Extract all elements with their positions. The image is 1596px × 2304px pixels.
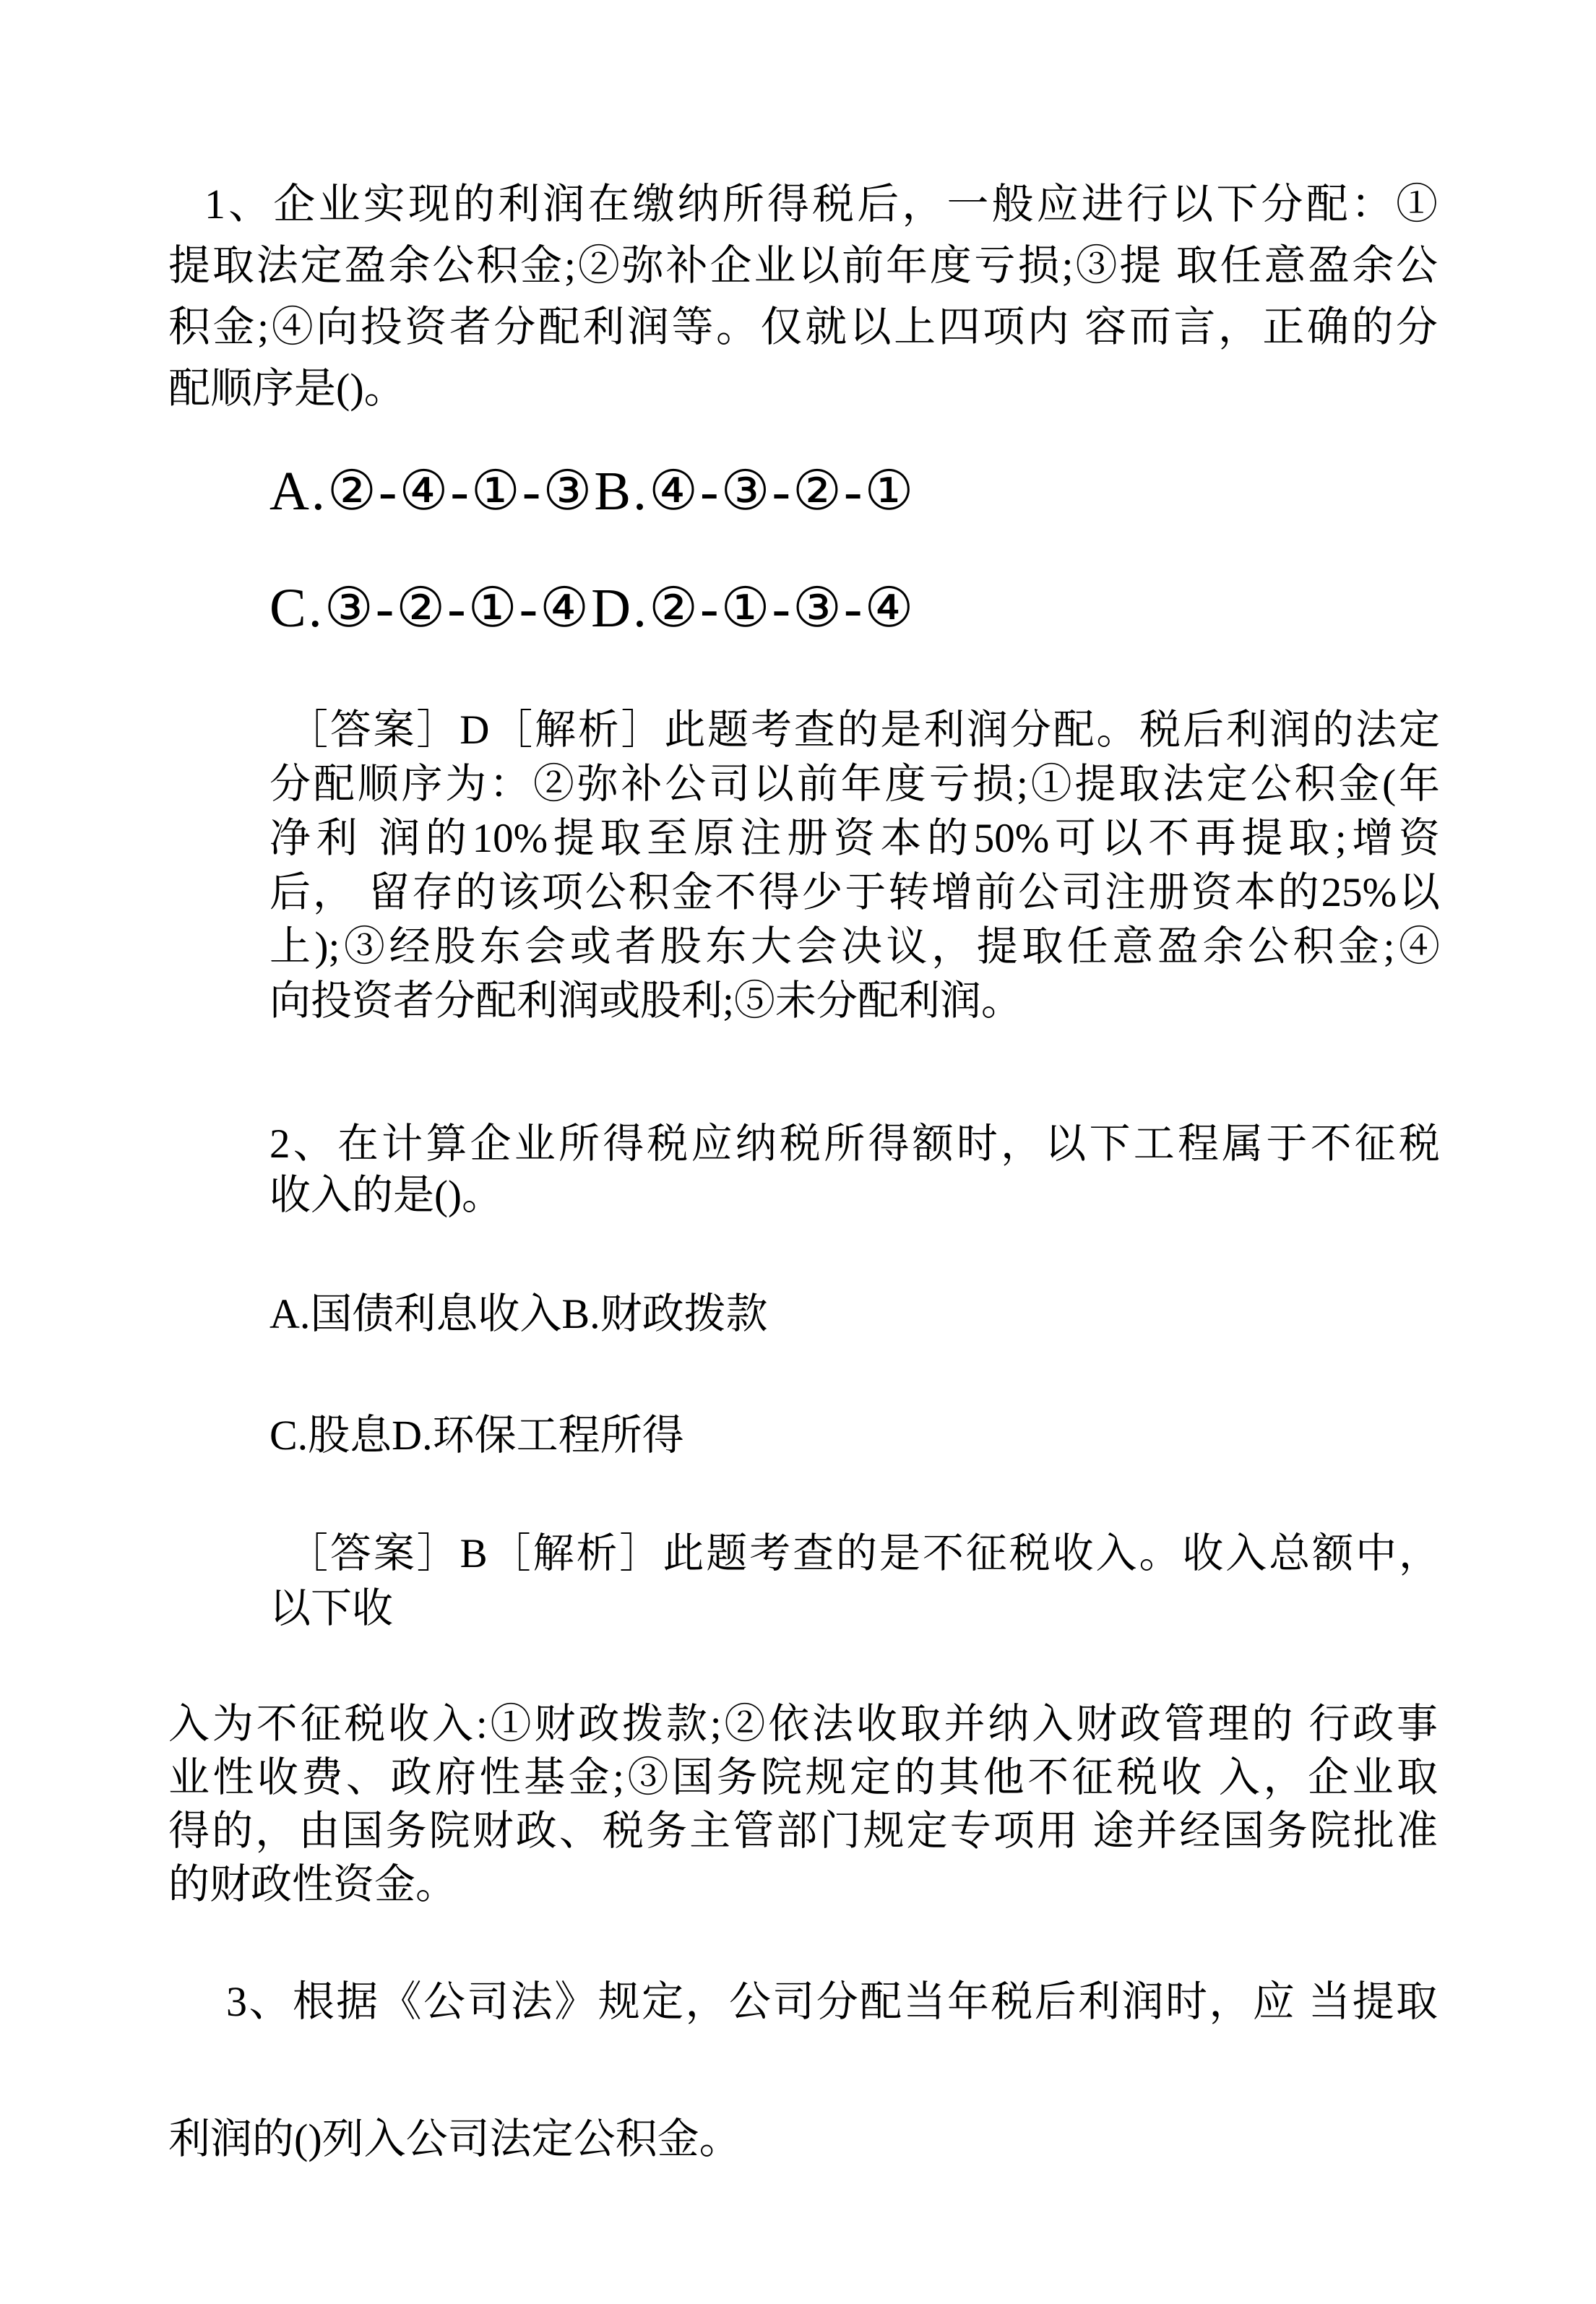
question-2-analysis-line: ［答案］B［解析］此题考查的是不征税收入。收入总额中， (269, 1527, 1440, 1582)
question-1-stem-line: 1、企业实现的利润在缴纳所得税后，一般应进行以下分配：① (168, 173, 1438, 235)
question-1-analysis-line: 上);③经股东会或者股东大会决议，提取任意盈余公积金;④ (269, 920, 1440, 974)
question-2-analysis-line: 得的，由国务院财政、税务主管部门规定专项用 途并经国务院批准 (168, 1805, 1438, 1858)
question-1-analysis-line: 后， 留存的该项公积金不得少于转增前公司注册资本的25%以 (269, 866, 1440, 920)
question-1-stem-line: 积金;④向投资者分配利润等。仅就以上四项内 容而言，正确的分 (168, 296, 1438, 358)
question-2-option-line: C.股息D.环保工程所得 (269, 1405, 1440, 1466)
question-2-analysis: ［答案］B［解析］此题考查的是不征税收入。收入总额中， 以下收 (269, 1527, 1440, 1636)
question-2-analysis-line: 入为不征税收入:①财政拨款;②依法收取并纳入财政管理的 行政事 (168, 1698, 1438, 1751)
question-1-option-line: C.③-②-①-④D.②-①-③-④ (269, 571, 1440, 646)
question-3-stem-line-2: 利润的()列入公司法定公积金。 (168, 2108, 1438, 2170)
question-1-analysis-line: 分配顺序为：②弥补公司以前年度亏损;①提取法定公积金(年 (269, 757, 1440, 811)
question-3-stem-line-1: 3、根据《公司法》规定，公司分配当年税后利润时，应 当提取 (168, 1971, 1438, 2032)
question-2-analysis-line: 的财政性资金。 (168, 1858, 1438, 1912)
question-2-options-ab: A.国债利息收入B.财政拨款 (269, 1283, 1440, 1345)
question-1-analysis-line: 向投资者分配利润或股利;⑤未分配利润。 (269, 974, 1440, 1028)
document-page: 1、企业实现的利润在缴纳所得税后，一般应进行以下分配：① 提取法定盈余公积金;②… (0, 0, 1596, 2304)
question-1-stem-line: 配顺序是()。 (168, 358, 1438, 419)
question-3-stem-line: 利润的()列入公司法定公积金。 (168, 2108, 1438, 2170)
question-2-options-cd: C.股息D.环保工程所得 (269, 1405, 1440, 1466)
question-1-analysis-line: 净利 润的10%提取至原注册资本的50%可以不再提取;增资 (269, 811, 1440, 866)
question-2-analysis-continued: 入为不征税收入:①财政拨款;②依法收取并纳入财政管理的 行政事 业性收费、政府性… (168, 1698, 1438, 1912)
question-2-stem: 2、在计算企业所得税应纳税所得额时，以下工程属于不征税 收入的是()。 (269, 1118, 1440, 1221)
question-1-options-cd: C.③-②-①-④D.②-①-③-④ (269, 571, 1440, 646)
question-2-stem-line: 2、在计算企业所得税应纳税所得额时，以下工程属于不征税 (269, 1118, 1440, 1170)
question-2-analysis-line: 以下收 (269, 1582, 1440, 1636)
question-1-option-line: A.②-④-①-③B.④-③-②-① (269, 454, 1440, 529)
question-1-options-ab: A.②-④-①-③B.④-③-②-① (269, 454, 1440, 529)
question-1-stem-line: 提取法定盈余公积金;②弥补企业以前年度亏损;③提 取任意盈余公 (168, 235, 1438, 296)
question-1-analysis-line: ［答案］D［解析］此题考查的是利润分配。税后利润的法定 (269, 703, 1440, 757)
question-2-stem-line: 收入的是()。 (269, 1170, 1440, 1221)
question-1-stem: 1、企业实现的利润在缴纳所得税后，一般应进行以下分配：① 提取法定盈余公积金;②… (168, 173, 1438, 419)
question-2-analysis-line: 业性收费、政府性基金;③国务院规定的其他不征税收 入，企业取 (168, 1751, 1438, 1805)
question-2-option-line: A.国债利息收入B.财政拨款 (269, 1283, 1440, 1345)
question-3-stem-line: 3、根据《公司法》规定，公司分配当年税后利润时，应 当提取 (168, 1971, 1438, 2032)
question-1-analysis: ［答案］D［解析］此题考查的是利润分配。税后利润的法定 分配顺序为：②弥补公司以… (269, 703, 1440, 1028)
